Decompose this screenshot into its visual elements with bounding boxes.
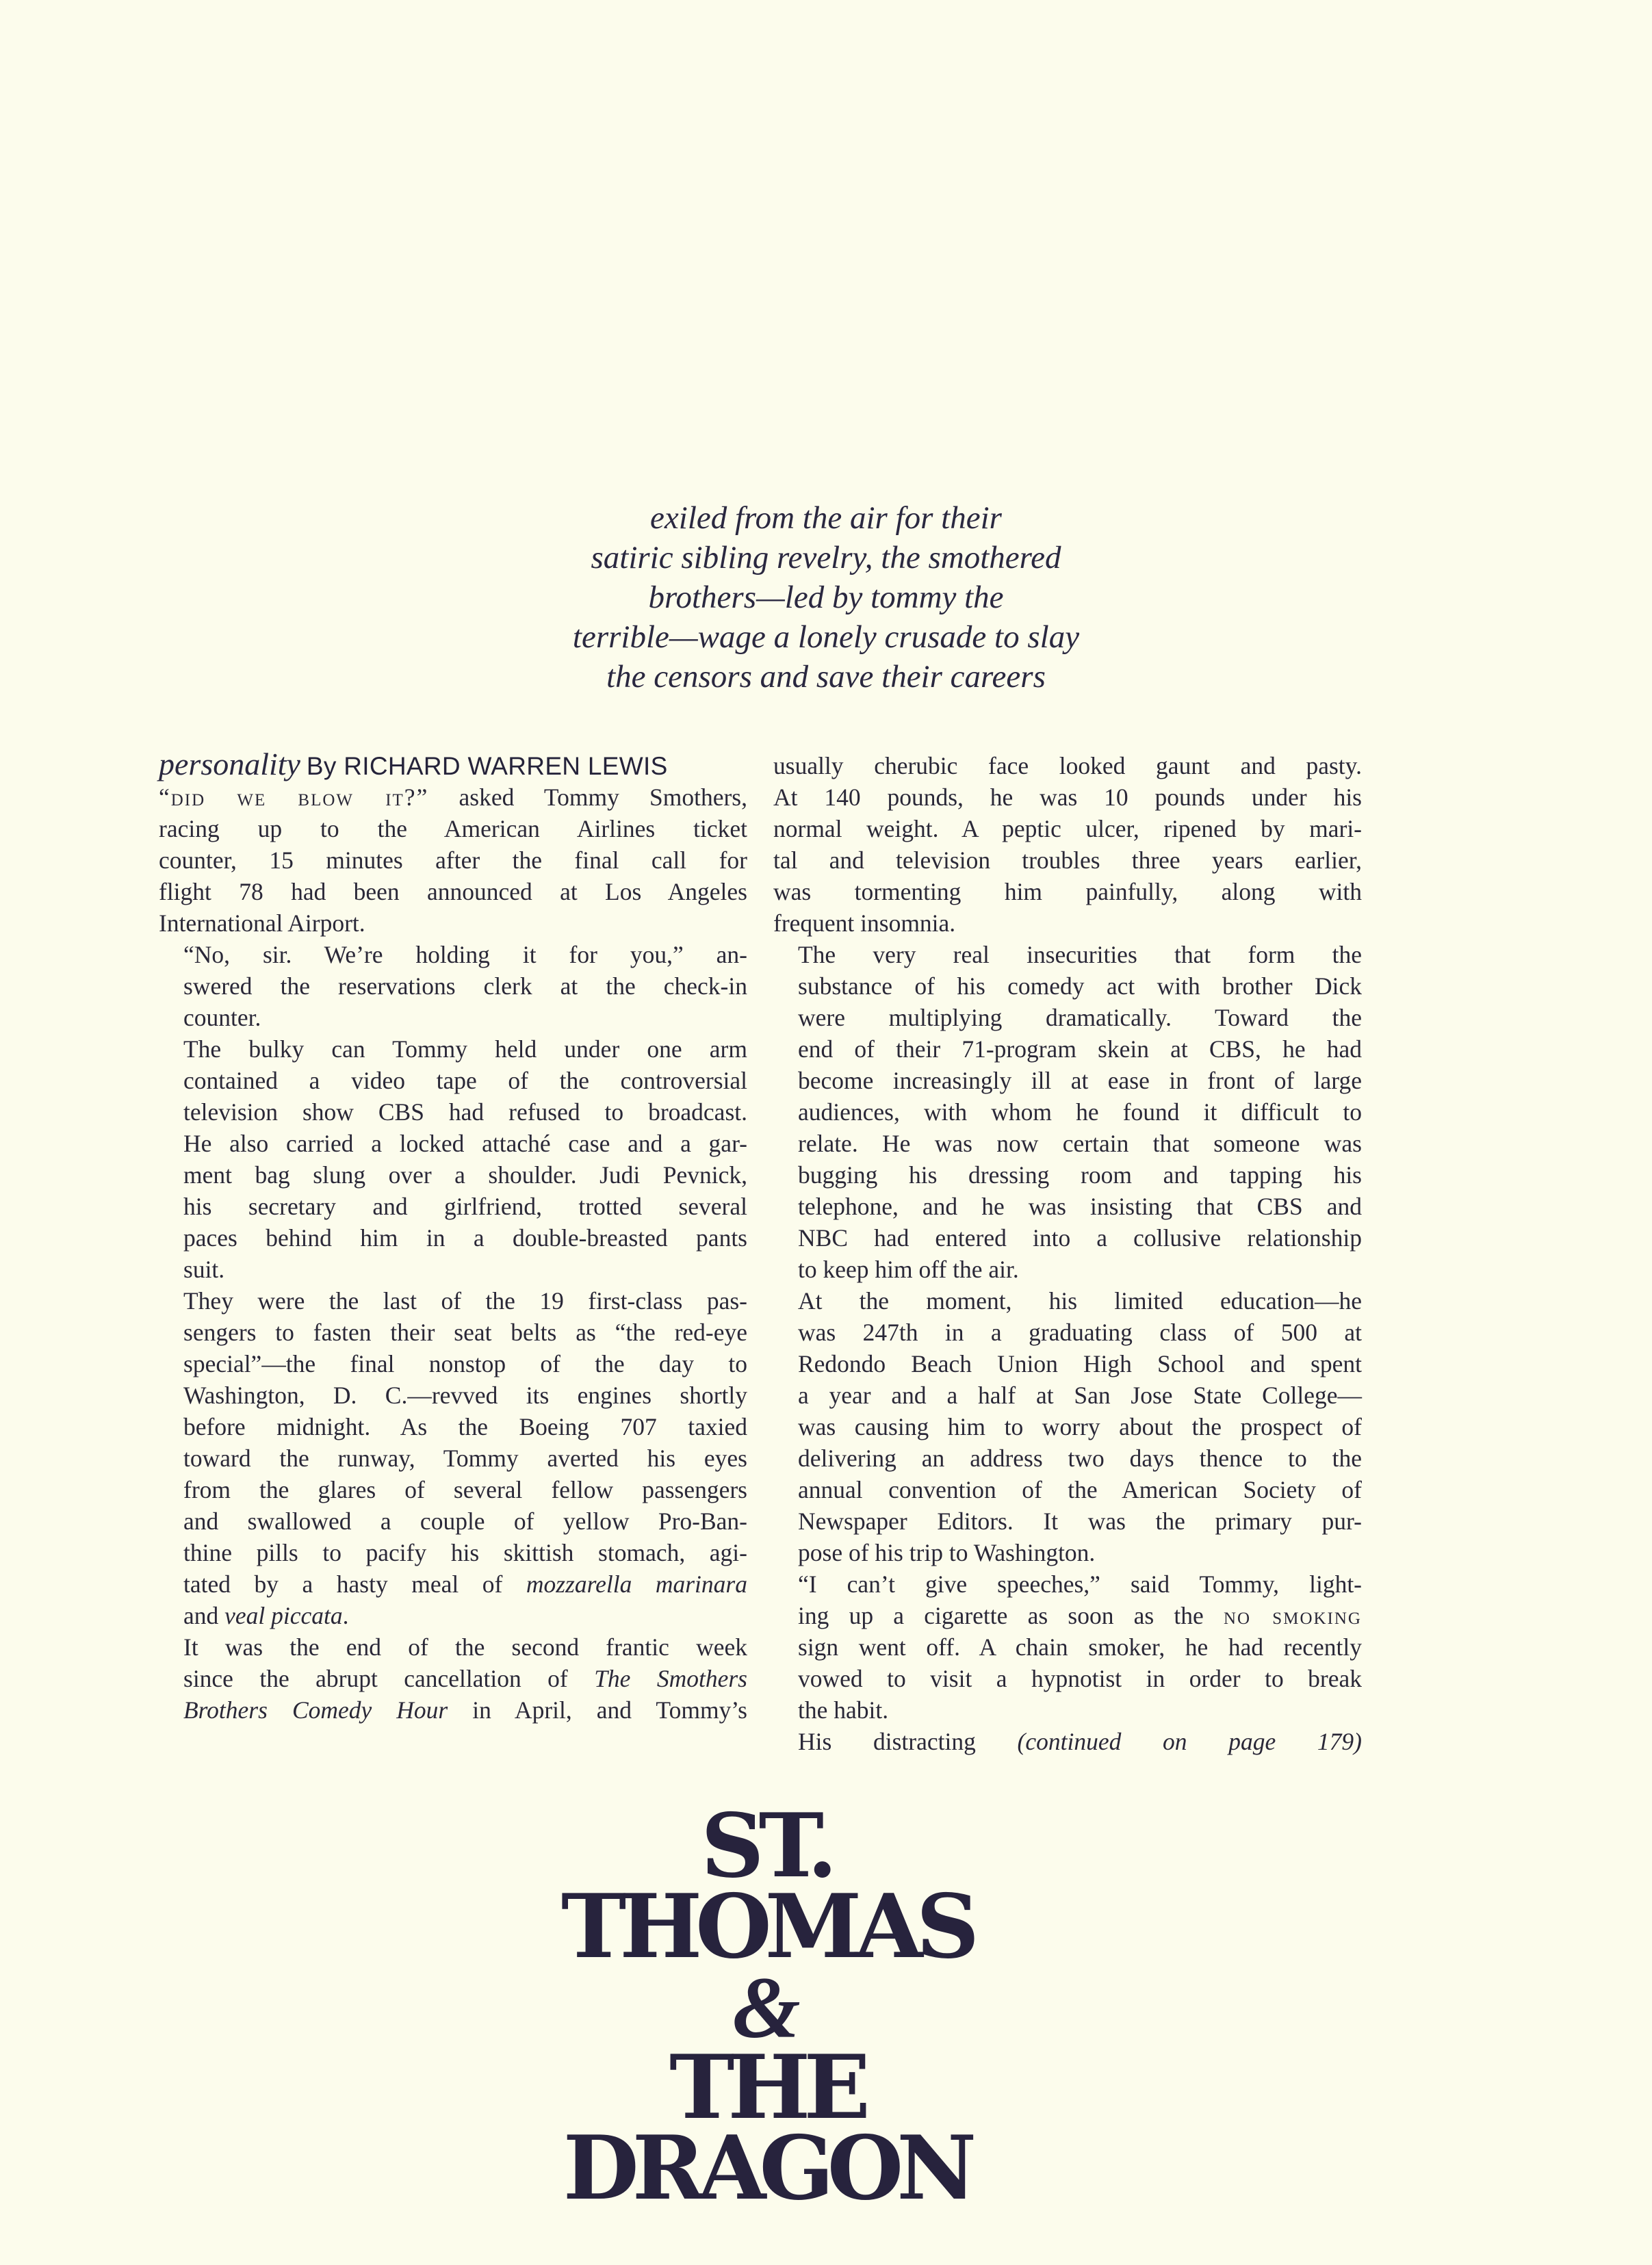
continued-on-page-link[interactable]: (continued on page 179) [1018,1728,1362,1755]
article-column-left: personality By RICHARD WARREN LEWIS “did… [159,747,747,1726]
paragraph: usually cherubic face looked gaunt and p… [773,750,1362,939]
article-deck: exiled from the air for their satiric si… [411,498,1241,697]
paragraph: They were the last of the 19 first-class… [159,1285,747,1631]
paragraph: At the moment, his limited education—he … [773,1285,1362,1568]
section-kicker: personality [159,747,300,781]
author-byline: By RICHARD WARREN LEWIS [307,752,668,780]
title-line: DRAGON [561,2129,972,2210]
paragraph: His distracting (continued on page 179) [773,1726,1362,1757]
paragraph: The very real insecurities that form the… [773,939,1362,1285]
byline-row: personality By RICHARD WARREN LEWIS [159,747,747,781]
deck-line: satiric sibling revelry, the smothered [411,538,1241,578]
deck-line: the censors and save their careers [411,657,1241,697]
paragraph: “did we blow it?” asked Tommy Smothers, … [159,781,747,939]
title-line: THOMAS [561,1887,972,1968]
lead-in-smallcaps: “did we blow it?” [159,784,428,811]
deck-line: exiled from the air for their [411,498,1241,538]
paragraph: “I can’t give speeches,” said Tommy, lig… [773,1568,1362,1726]
deck-line: terrible—wage a lonely crusade to slay [411,617,1241,657]
article-column-right: usually cherubic face looked gaunt and p… [773,750,1362,1757]
article-title: ST. THOMAS & THE DRAGON [561,1807,972,2210]
no-smoking-smallcaps: no smoking [1224,1602,1362,1629]
deck-line: brothers—led by tommy the [411,578,1241,617]
paragraph: It was the end of the second frantic wee… [159,1631,747,1726]
paragraph: The bulky can Tommy held under one arm c… [159,1033,747,1285]
paragraph: “No, sir. We’re holding it for you,” an-… [159,939,747,1033]
